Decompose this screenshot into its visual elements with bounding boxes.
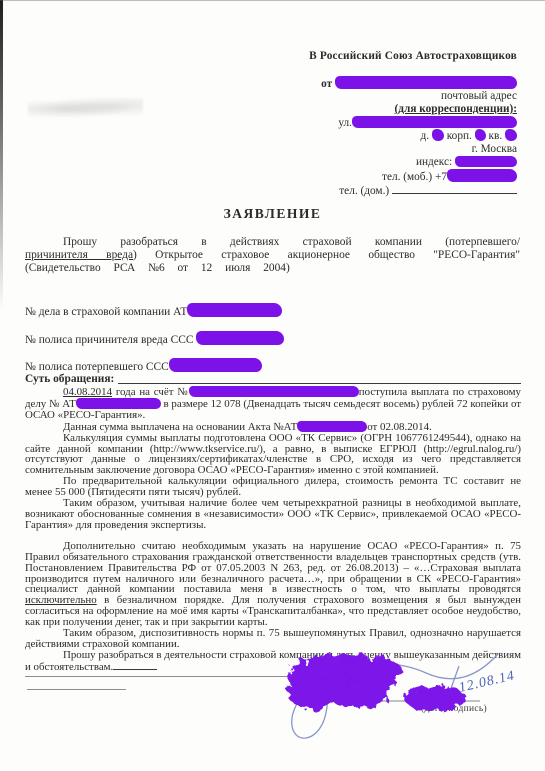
paragraph-calculation: Калькуляция суммы выплаты подготовлена О…	[25, 433, 521, 477]
text-segment: в безналичном порядке. Для получения стр…	[25, 594, 521, 628]
subject-line: Суть обращения:	[25, 373, 521, 386]
pencil-smudge	[28, 98, 143, 120]
apartment-label: кв.	[489, 130, 503, 142]
phone-mobile-label: тел. (моб.) +7	[382, 171, 447, 183]
redaction-bar-account	[189, 386, 359, 397]
phone-home-line: тел. (дом.)	[309, 183, 517, 196]
culprit-policy-line: № полиса причинителя вреда ССС	[25, 331, 284, 344]
phone-mobile-line: тел. (моб.) +7	[309, 169, 517, 182]
scan-top-edge-artifact	[0, 0, 545, 1]
city-line: г. Москва	[309, 143, 517, 156]
redaction-bar-culprit-policy	[196, 331, 284, 345]
redaction-bar-act-number	[297, 421, 367, 432]
text-segment: от 02.08.2014.	[367, 421, 432, 433]
street-line: ул.	[309, 116, 517, 129]
underlined-phrase: причинителя вреда	[25, 249, 133, 261]
postal-address-line: почтовый адрес	[309, 90, 517, 103]
house-line: д. корп. кв.	[309, 129, 517, 142]
text-segment: Прошу разобраться в действиях страховой …	[63, 236, 520, 248]
phone-home-blank-line	[392, 183, 517, 194]
document-body: 04.08.2014 года на счёт №поступила выпла…	[25, 386, 521, 673]
redaction-bar-corpus	[475, 129, 486, 141]
paragraph-violation: Дополнительно считаю необходимым указать…	[25, 541, 521, 628]
bottom-blank-line-short	[27, 689, 126, 690]
recipient-line: В Российский Союз Автостраховщиков	[309, 50, 517, 63]
redaction-bar-victim-policy	[169, 358, 262, 372]
victim-policy-label: № полиса потерпевшего ССС	[25, 361, 169, 373]
document-title: ЗАЯВЛЕНИЕ	[0, 206, 545, 222]
index-label: индекс:	[416, 156, 452, 168]
correspondence-label: (для корреспонденции):	[395, 103, 517, 115]
redaction-bar-phone	[447, 169, 517, 182]
scanned-document-page: В Российский Союз Автостраховщиков от по…	[0, 0, 545, 771]
payment-date: 04.08.2014	[63, 386, 112, 398]
house-label: д.	[421, 130, 430, 142]
subject-rule-line	[118, 383, 521, 384]
redaction-bar-apartment	[505, 129, 517, 141]
text-segment: Данная сумма выплачена на основании Акта…	[63, 421, 297, 433]
redaction-blob-signature	[288, 654, 466, 711]
handwritten-date: 12.08.14	[458, 668, 517, 695]
redaction-bar-case-number	[187, 303, 282, 317]
case-number-line: № дела в страховой компании АТ	[25, 303, 284, 316]
case-number-label: № дела в страховой компании АТ	[25, 306, 187, 318]
signature-area: 12.08.14	[268, 638, 545, 771]
corpus-label: корп.	[447, 130, 472, 142]
trailing-blank-line	[113, 661, 157, 670]
street-label: ул.	[338, 117, 352, 129]
redaction-bar-house	[432, 129, 444, 141]
intro-paragraph: Прошу разобраться в действиях страховой …	[25, 236, 520, 276]
redaction-bar-case-ref	[76, 398, 161, 409]
correspondence-line: (для корреспонденции):	[309, 103, 517, 116]
redaction-bar-street	[352, 116, 517, 128]
culprit-policy-label: № полиса причинителя вреда ССС	[25, 334, 196, 346]
text-segment: Дополнительно считаю необходимым указать…	[25, 540, 521, 596]
text-segment: года на счёт №	[112, 386, 189, 398]
index-line: индекс:	[309, 156, 517, 169]
victim-policy-line: № полиса потерпевшего ССС	[25, 358, 284, 371]
phone-home-label: тел. (дом.)	[339, 185, 389, 197]
sender-from-line: от	[309, 76, 517, 89]
signature-drawing: 12.08.14	[268, 638, 545, 771]
paragraph-dealer-estimate: По предварительной калькуляции официальн…	[25, 476, 521, 498]
paragraph-payment: 04.08.2014 года на счёт №поступила выпла…	[25, 386, 521, 421]
redaction-bar-sender-name	[335, 76, 517, 89]
from-label: от	[321, 78, 332, 90]
recipient-block: В Российский Союз Автостраховщиков от по…	[309, 50, 517, 196]
scan-edge-artifact	[0, 0, 3, 310]
subject-label: Суть обращения:	[25, 373, 114, 386]
paragraph-doubts: Таким образом, учитывая наличие более че…	[25, 498, 521, 531]
redaction-bar-index	[455, 156, 517, 167]
paragraph-act: Данная сумма выплачена на основании Акта…	[25, 421, 521, 433]
